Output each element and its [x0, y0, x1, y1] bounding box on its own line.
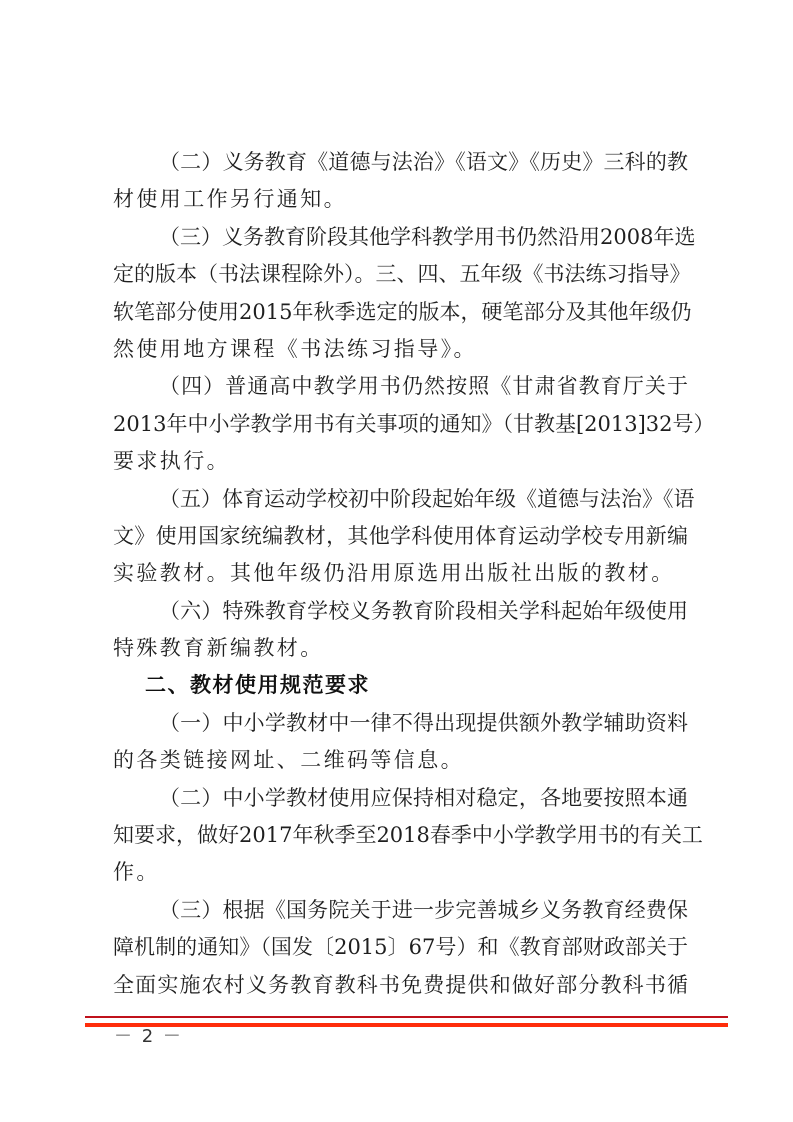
- paragraph-line: （五）体育运动学校初中阶段起始年级《道德与法治》《语: [113, 481, 688, 518]
- page-number: － 2 －: [114, 1026, 183, 1048]
- document-page: （二）义务教育《道德与法治》《语文》《历史》三科的教 材使用工作另行通知。 （三…: [0, 0, 793, 1122]
- paragraph-line: 定的版本（书法课程除外）。三、四、五年级《书法练习指导》: [113, 256, 688, 293]
- paragraph-line: 要求执行。: [113, 443, 688, 480]
- paragraph-line: （三）义务教育阶段其他学科教学用书仍然沿用2008年选: [113, 219, 688, 256]
- paragraph-line: （六）特殊教育学校义务教育阶段相关学科起始年级使用: [113, 593, 688, 630]
- section-heading: 二、教材使用规范要求: [113, 667, 688, 704]
- paragraph-line: （二）中小学教材使用应保持相对稳定，各地要按照本通: [113, 780, 688, 817]
- paragraph-line: （二）义务教育《道德与法治》《语文》《历史》三科的教: [113, 144, 688, 181]
- paragraph-line: 实验教材。其他年级仍沿用原选用出版社出版的教材。: [113, 555, 688, 592]
- paragraph-line: 障机制的通知》（国发〔2015〕67号）和《教育部财政部关于: [113, 929, 688, 966]
- paragraph-line: （一）中小学教材中一律不得出现提供额外教学辅助资料: [113, 705, 688, 742]
- paragraph-line: 知要求，做好2017年秋季至2018春季中小学教学用书的有关工: [113, 817, 688, 854]
- paragraph-line: 软笔部分使用2015年秋季选定的版本，硬笔部分及其他年级仍: [113, 294, 688, 331]
- paragraph-line: 材使用工作另行通知。: [113, 181, 688, 218]
- document-body: （二）义务教育《道德与法治》《语文》《历史》三科的教 材使用工作另行通知。 （三…: [113, 144, 688, 1004]
- footer-rule-thin: [85, 1016, 728, 1018]
- paragraph-line: 全面实施农村义务教育教科书免费提供和做好部分教科书循: [113, 967, 688, 1004]
- paragraph-line: （四）普通高中教学用书仍然按照《甘肃省教育厅关于: [113, 368, 688, 405]
- paragraph-line: 作。: [113, 854, 688, 891]
- paragraph-line: 2013年中小学教学用书有关事项的通知》（甘教基[2013]32号）: [113, 406, 688, 443]
- paragraph-line: 然使用地方课程《书法练习指导》。: [113, 331, 688, 368]
- paragraph-line: 的各类链接网址、二维码等信息。: [113, 742, 688, 779]
- paragraph-line: （三）根据《国务院关于进一步完善城乡义务教育经费保: [113, 892, 688, 929]
- paragraph-line: 特殊教育新编教材。: [113, 630, 688, 667]
- paragraph-line: 文》使用国家统编教材，其他学科使用体育运动学校专用新编: [113, 518, 688, 555]
